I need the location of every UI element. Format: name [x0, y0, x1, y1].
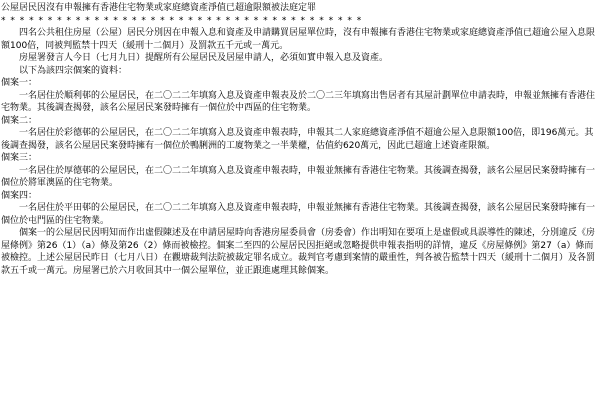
closing-paragraph-prosecution-details: 個案一的公屋居民因明知而作出虛假陳述及在申請居屋時向香港房屋委員會（房委會）作出…: [1, 227, 599, 277]
case-1-section: 個案一： 一名居住於順利邨的公屋居民，在二〇二二年填寫入息及資產申報表及於二〇二…: [1, 77, 599, 115]
case-3-heading: 個案三：: [1, 152, 599, 165]
case-1-body: 一名居住於順利邨的公屋居民，在二〇二二年填寫入息及資產申報表及於二〇二三年填寫出…: [1, 90, 599, 115]
intro-paragraph-sentencing-summary: 四名公共租住房屋（公屋）居民分別因在申報入息和資產及申請購買居屋單位時，沒有申報…: [1, 27, 599, 52]
press-release-document: 公屋居民因沒有申報擁有香港住宅物業或家庭總資產淨值已超逾限額被法庭定罪 * * …: [0, 0, 600, 398]
case-3-body: 一名居住於厚德邨的公屋居民，在二〇二二年填寫入息及資產申報表時，申報並無擁有香港…: [1, 165, 599, 190]
case-4-section: 個案四： 一名居住於平田邨的公屋居民，在二〇二二年填寫入息及資產申報表時，申報並…: [1, 190, 599, 228]
case-2-body: 一名居住於彩德邨的公屋居民，在二〇二二年填寫入息及資產申報表時，申報其二人家庭總…: [1, 127, 599, 152]
case-3-section: 個案三： 一名居住於厚德邨的公屋居民，在二〇二二年填寫入息及資產申報表時，申報並…: [1, 152, 599, 190]
title-asterisk-separator: * * * * * * * * * * * * * * * * * * * * …: [1, 15, 599, 28]
case-2-section: 個案二： 一名居住於彩德邨的公屋居民，在二〇二二年填寫入息及資產申報表時，申報其…: [1, 115, 599, 153]
intro-paragraph-spokesman-reminder: 房屋署發言人今日（七月九日）提醒所有公屋居民及居屋申請人，必須如實申報入息及資產…: [1, 52, 599, 65]
case-4-heading: 個案四：: [1, 190, 599, 203]
case-1-heading: 個案一：: [1, 77, 599, 90]
document-title: 公屋居民因沒有申報擁有香港住宅物業或家庭總資產淨值已超逾限額被法庭定罪: [1, 2, 599, 15]
case-4-body: 一名居住於平田邨的公屋居民，在二〇二二年填寫入息及資產申報表時，申報並無擁有香港…: [1, 202, 599, 227]
case-2-heading: 個案二：: [1, 115, 599, 128]
cases-lead-in-line: 以下為該四宗個案的資料：: [1, 65, 599, 78]
